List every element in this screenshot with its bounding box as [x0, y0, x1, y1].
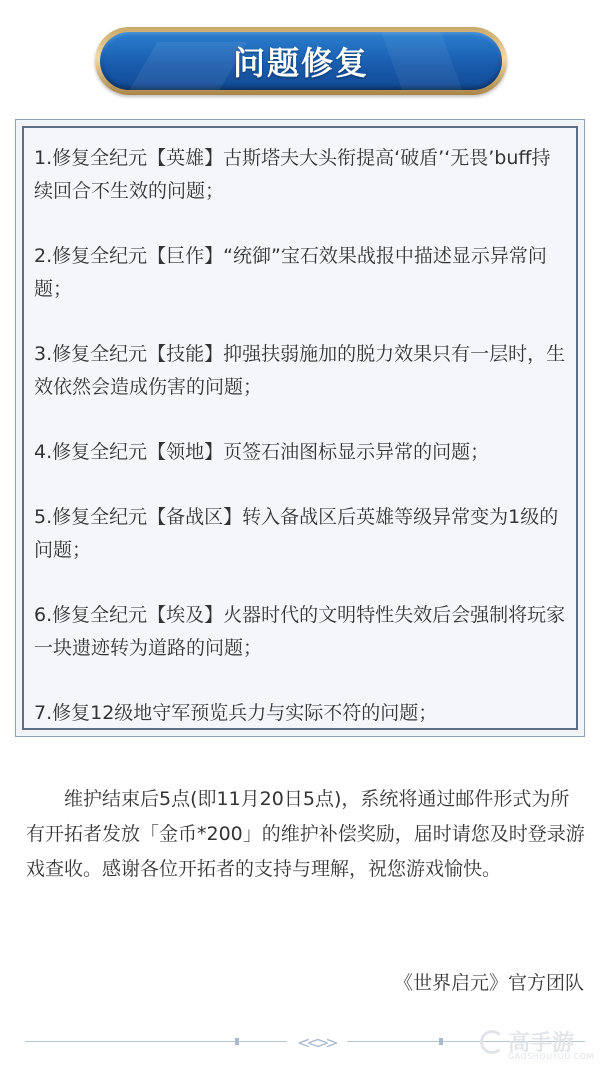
- compensation-notice: 维护结束后5点(即11月20日5点)，系统将通过邮件形式为所有开拓者发放「金币*…: [26, 782, 586, 887]
- fix-item: 1.修复全纪元【英雄】古斯塔夫大头衔提高‘破盾’‘无畏’buff持续回合不生效的…: [34, 142, 568, 208]
- signature: 《世界启元》官方团队: [394, 968, 584, 995]
- fix-list-inner-frame: 1.修复全纪元【英雄】古斯塔夫大头衔提高‘破盾’‘无畏’buff持续回合不生效的…: [22, 126, 578, 730]
- divider-dot-left: [235, 1038, 239, 1045]
- fix-list-frame: 1.修复全纪元【英雄】古斯塔夫大头衔提高‘破盾’‘无畏’buff持续回合不生效的…: [15, 119, 585, 737]
- diamond-ornament-icon: <<>>: [297, 1033, 341, 1051]
- fix-item: 3.修复全纪元【技能】抑强扶弱施加的脱力效果只有一层时，生效依然会造成伤害的问题…: [34, 338, 568, 404]
- fix-item: 5.修复全纪元【备战区】转入备战区后英雄等级异常变为1级的问题；: [34, 501, 568, 567]
- fix-item: 2.修复全纪元【巨作】“统御”宝石效果战报中描述显示异常问题；: [34, 240, 568, 306]
- watermark-url: GAOSHOUYOU.COM: [508, 1052, 594, 1061]
- fix-list: 1.修复全纪元【英雄】古斯塔夫大头衔提高‘破盾’‘无畏’buff持续回合不生效的…: [34, 142, 568, 762]
- fix-item: 4.修复全纪元【领地】页签石油图标显示异常的问题；: [34, 436, 568, 469]
- divider-line-left: [25, 1041, 287, 1042]
- divider-dot-right: [439, 1038, 443, 1045]
- watermark: 高手游 GAOSHOUYOU.COM: [480, 1028, 600, 1068]
- watermark-logo-icon: [480, 1030, 504, 1054]
- banner-body: 问题修复: [100, 32, 502, 90]
- fix-item: 6.修复全纪元【埃及】火器时代的文明特性失效后会强制将玩家一块遗迹转为道路的问题…: [34, 599, 568, 665]
- banner-frame: 问题修复: [95, 27, 507, 95]
- section-title: 问题修复: [233, 38, 369, 84]
- fix-item: 7.修复12级地守军预览兵力与实际不符的问题；: [34, 697, 568, 730]
- section-banner: 问题修复: [95, 27, 507, 95]
